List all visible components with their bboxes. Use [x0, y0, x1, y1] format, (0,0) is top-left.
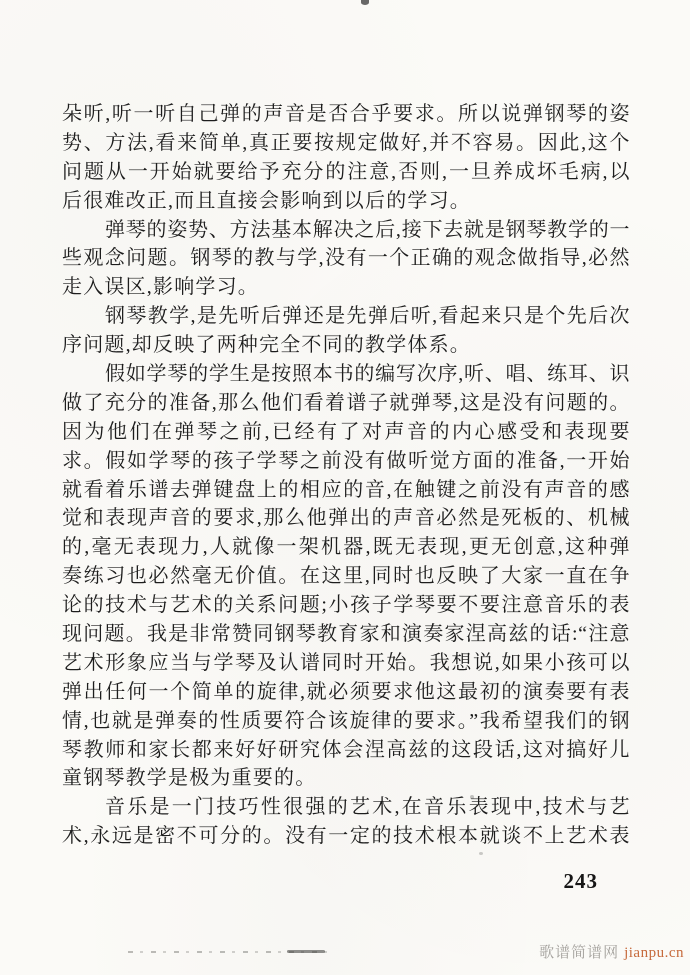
text-line: 后很难改正,而且直接会影响到以后的学习。: [62, 187, 630, 216]
scan-artifact-dash-dark: [287, 950, 325, 953]
text-line: 论的技术与艺术的关系问题;小孩子学琴要不要注意音乐的表: [62, 591, 630, 620]
scan-artifact-speck-a: [470, 795, 474, 799]
text-line: 琴教师和家长都来好好研究体会涅高兹的这段话,这对搞好儿: [62, 736, 630, 765]
text-line: 走入误区,影响学习。: [62, 273, 630, 302]
text-line: 钢琴教学,是先听后弹还是先弹后听,看起来只是个先后次: [62, 302, 630, 331]
text-line: 术,永远是密不可分的。没有一定的技术根本就谈不上艺术表: [62, 822, 630, 851]
text-line: 问题从一开始就要给予充分的注意,否则,一旦养成坏毛病,以: [62, 158, 630, 187]
text-line: 情,也就是弹奏的性质要符合该旋律的要求。”我希望我们的钢: [62, 707, 630, 736]
scan-artifact-speck-top: [361, 0, 369, 5]
text-line: 的,毫无表现力,人就像一架机器,既无表现,更无创意,这种弹: [62, 533, 630, 562]
text-line: 弹出任何一个简单的旋律,就必须要求他这最初的演奏要有表: [62, 678, 630, 707]
text-line: 现问题。我是非常赞同钢琴教育家和演奏家涅高兹的话:“注意: [62, 620, 630, 649]
text-line: 因为他们在弹琴之前,已经有了对声音的内心感受和表现要: [62, 418, 630, 447]
text-line: 势、方法,看来简单,真正要按规定做好,并不容易。因此,这个: [62, 129, 630, 158]
text-line: 弹琴的姿势、方法基本解决之后,接下去就是钢琴教学的一: [62, 216, 630, 245]
watermark: 歌谱简谱网jianpu.cn: [539, 944, 684, 963]
scan-artifact-speck-b: [479, 852, 483, 855]
text-line: 童钢琴教学是极为重要的。: [62, 764, 630, 793]
watermark-site-url: jianpu.cn: [624, 945, 684, 961]
text-block: 朵听,听一听自己弹的声音是否合乎要求。所以说弹钢琴的姿势、方法,看来简单,真正要…: [62, 100, 630, 851]
text-line: 音乐是一门技巧性很强的艺术,在音乐表现中,技术与艺: [62, 793, 630, 822]
book-page: 朵听,听一听自己弹的声音是否合乎要求。所以说弹钢琴的姿势、方法,看来简单,真正要…: [0, 0, 690, 975]
text-line: 朵听,听一听自己弹的声音是否合乎要求。所以说弹钢琴的姿: [62, 100, 630, 129]
text-line: 觉和表现声音的要求,那么他弹出的声音必然是死板的、机械: [62, 504, 630, 533]
text-line: 奏练习也必然毫无价值。在这里,同时也反映了大家一直在争: [62, 562, 630, 591]
text-line: 求。假如学琴的孩子学琴之前没有做听觉方面的准备,一开始: [62, 447, 630, 476]
page-number: 243: [564, 869, 599, 894]
text-line: 就看着乐谱去弹键盘上的相应的音,在触键之前没有声音的感: [62, 476, 630, 505]
text-line: 艺术形象应当与学琴及认谱同时开始。我想说,如果小孩可以: [62, 649, 630, 678]
watermark-site-name: 歌谱简谱网: [539, 945, 619, 961]
text-line: 序问题,却反映了两种完全不同的教学体系。: [62, 331, 630, 360]
text-line: 做了充分的准备,那么他们看着谱子就弹琴,这是没有问题的。: [62, 389, 630, 418]
text-line: 些观念问题。钢琴的教与学,没有一个正确的观念做指导,必然: [62, 244, 630, 273]
text-line: 假如学琴的学生是按照本书的编写次序,听、唱、练耳、识谱: [62, 360, 630, 389]
